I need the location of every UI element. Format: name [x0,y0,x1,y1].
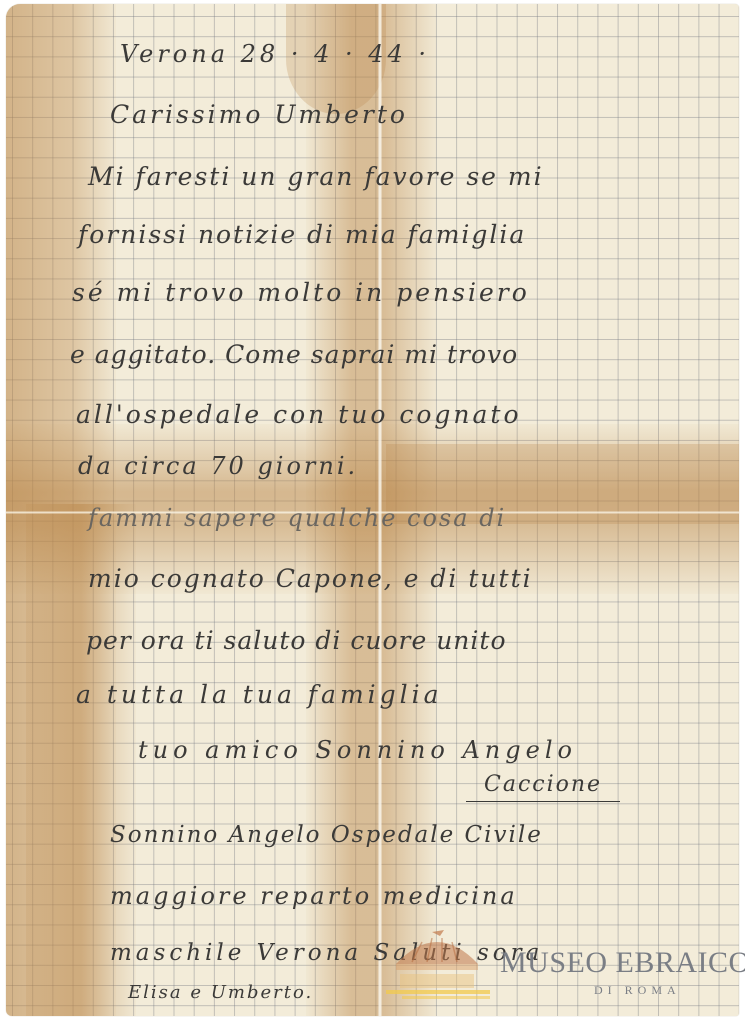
letter-salutation: Carissimo Umberto [110,100,408,129]
dome-icon [382,924,492,1004]
museum-title: MUSEO EBRAICO [500,946,745,980]
letter-line: mio cognato Capone, e di tutti [88,564,533,593]
signature-nickname: Caccione [466,772,620,802]
letter-paper: Verona 28 · 4 · 44 · Carissimo Umberto M… [6,4,739,1016]
address-line: maggiore reparto medicina [110,882,518,910]
letter-line: da circa 70 giorni. [78,452,358,480]
museum-subtitle: DI ROMA [594,983,681,998]
letter-date: Verona 28 · 4 · 44 · [120,40,430,68]
letter-line: fammi sapere qualche cosa di [88,504,506,532]
address-line: Elisa e Umberto. [128,982,313,1003]
letter-line: sé mi trovo molto in pensiero [72,278,530,307]
letter-line: all'ospedale con tuo cognato [76,400,522,429]
letter-line: Mi faresti un gran favore se mi [88,162,544,191]
museum-watermark: MUSEO EBRAICO DI ROMA [372,922,737,1014]
letter-line: e aggitato. Come saprai mi trovo [70,340,518,369]
letter-line: fornissi notizie di mia famiglia [78,220,526,249]
letter-closing: tuo amico Sonnino Angelo [138,736,577,764]
letter-line: a tutta la tua famiglia [76,680,443,709]
address-line: Sonnino Angelo Ospedale Civile [110,822,543,848]
letter-line: per ora ti saluto di cuore unito [86,626,507,655]
